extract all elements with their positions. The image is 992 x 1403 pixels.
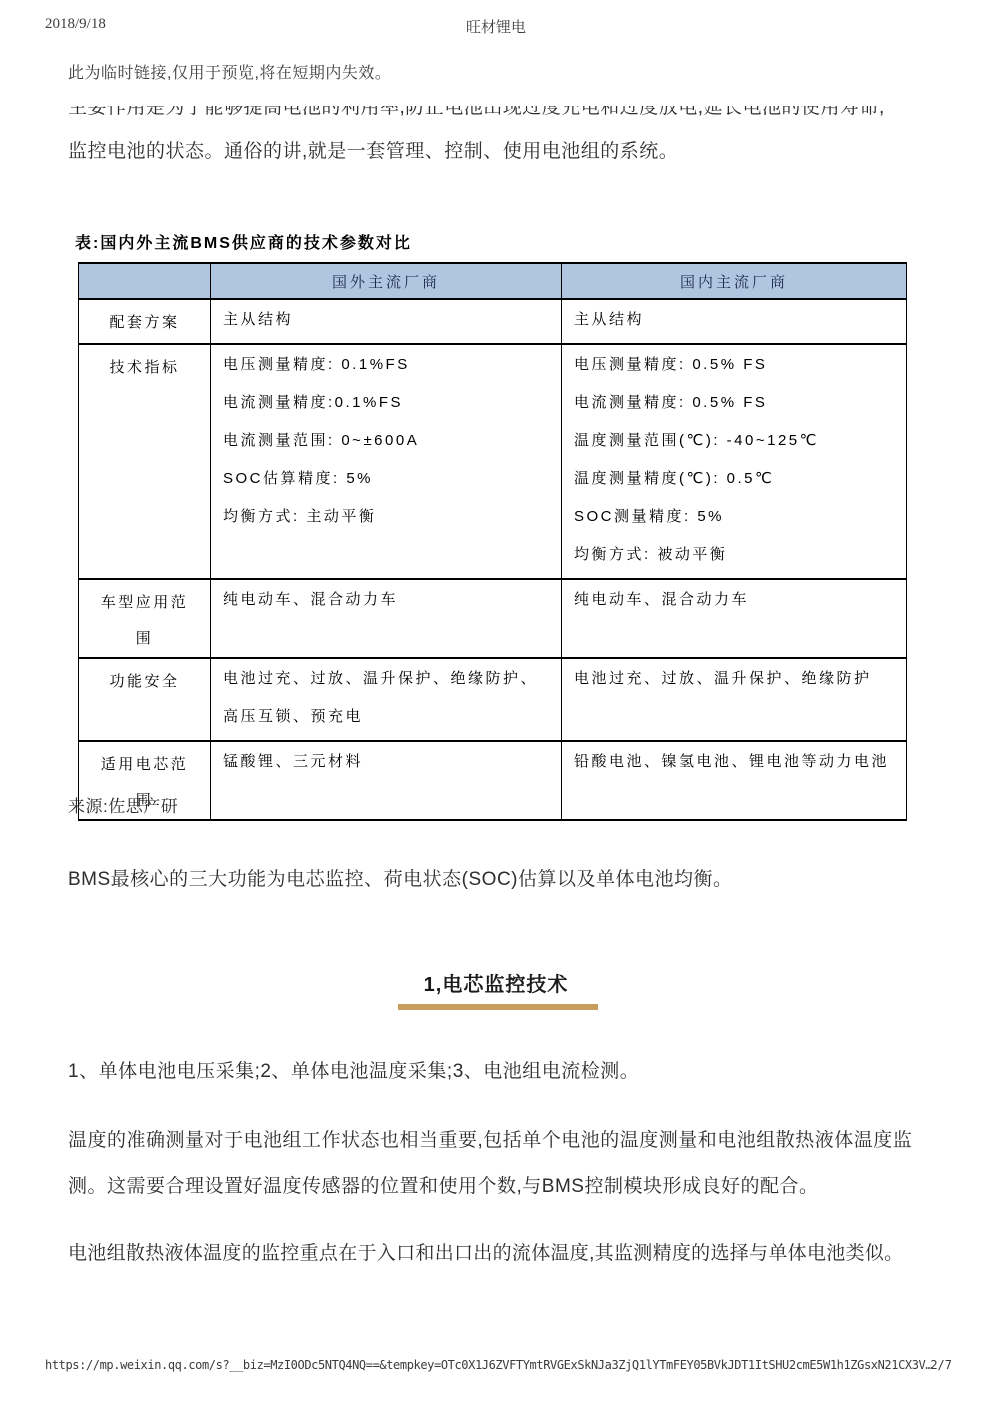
cell-text: 主从结构 — [223, 301, 549, 339]
row-label: 功能安全 — [79, 658, 211, 741]
table-row: 车型应用范围 纯电动车、混合动力车 纯电动车、混合动力车 — [79, 579, 907, 658]
table-row: 功能安全 电池过充、过放、温升保护、绝缘防护、高压互锁、预充电 电池过充、过放、… — [79, 658, 907, 741]
cell-text: 锰酸锂、三元材料 — [223, 743, 549, 781]
row-label: 车型应用范围 — [79, 579, 211, 658]
footer-url: https://mp.weixin.qq.com/s?__biz=MzI0ODc… — [45, 1358, 932, 1372]
cell-text: 均衡方式: 被动平衡 — [574, 536, 894, 574]
row-label: 技术指标 — [79, 344, 211, 579]
header-cell-foreign: 国外主流厂商 — [211, 263, 562, 299]
source-attribution: 来源:佐思产研 — [68, 792, 178, 817]
bms-comparison-table: 国外主流厂商 国内主流厂商 配套方案 主从结构 主从结构 技术指标 电压测量精度… — [78, 262, 907, 821]
heading-accent-bar — [398, 1004, 598, 1010]
monitor-items-paragraph: 1、单体电池电压采集;2、单体电池温度采集;3、电池组电流检测。 — [68, 1056, 639, 1083]
cell-text: 铅酸电池、镍氢电池、锂电池等动力电池 — [574, 743, 894, 781]
site-title: 旺材锂电 — [0, 16, 992, 37]
table-header-row: 国外主流厂商 国内主流厂商 — [79, 263, 907, 299]
cell-text: 电池过充、过放、温升保护、绝缘防护 — [574, 660, 894, 698]
cell-text: 电流测量精度:0.1%FS — [223, 384, 549, 422]
cell-text: SOC测量精度: 5% — [574, 498, 894, 536]
cell-text: 均衡方式: 主动平衡 — [223, 498, 549, 536]
temperature-paragraph: 温度的准确测量对于电池组工作状态也相当重要,包括单个电池的温度测量和电池组散热液… — [68, 1118, 928, 1210]
bms-core-paragraph: BMS最核心的三大功能为电芯监控、荷电状态(SOC)估算以及单体电池均衡。 — [68, 864, 733, 891]
cell-text: 主从结构 — [574, 301, 894, 339]
header-cell-domestic: 国内主流厂商 — [562, 263, 907, 299]
header-cell-blank — [79, 263, 211, 299]
intro-line-2: 监控电池的状态。通俗的讲,就是一套管理、控制、使用电池组的系统。 — [68, 130, 928, 174]
cell-text: 电池过充、过放、温升保护、绝缘防护、高压互锁、预充电 — [223, 660, 549, 736]
temporary-link-notice: 此为临时链接,仅用于预览,将在短期内失效。 — [68, 60, 391, 83]
cell-text: 电流测量范围: 0~±600A — [223, 422, 549, 460]
cell-text: 温度测量范围(℃): -40~125℃ — [574, 422, 894, 460]
cell-text: SOC估算精度: 5% — [223, 460, 549, 498]
cell-text: 纯电动车、混合动力车 — [223, 581, 549, 619]
cell-text: 温度测量精度(℃): 0.5℃ — [574, 460, 894, 498]
printed-article-page: 2018/9/18 旺材锂电 此为临时链接,仅用于预览,将在短期内失效。 主要作… — [0, 0, 992, 1403]
section-heading: 1,电芯监控技术 — [0, 968, 992, 997]
coolant-paragraph: 电池组散热液体温度的监控重点在于入口和出口出的流体温度,其监测精度的选择与单体电… — [68, 1238, 903, 1265]
table-caption: 表:国内外主流BMS供应商的技术参数对比 — [75, 230, 412, 253]
table-row: 适用电芯范围 锰酸锂、三元材料 铅酸电池、镍氢电池、锂电池等动力电池 — [79, 741, 907, 820]
cell-text: 电压测量精度: 0.5% FS — [574, 346, 894, 384]
intro-line-1: 主要作用是为了能够提高电池的利用率,防止电池出现过度充电和过度放电,延长电池的使… — [68, 86, 928, 130]
intro-paragraph: 主要作用是为了能够提高电池的利用率,防止电池出现过度充电和过度放电,延长电池的使… — [68, 86, 928, 174]
table-row: 配套方案 主从结构 主从结构 — [79, 299, 907, 344]
footer-page-indicator: 2/7 — [930, 1358, 952, 1372]
row-label: 配套方案 — [79, 299, 211, 344]
cell-text: 电压测量精度: 0.1%FS — [223, 346, 549, 384]
table-row: 技术指标 电压测量精度: 0.1%FS 电流测量精度:0.1%FS 电流测量范围… — [79, 344, 907, 579]
cell-text: 纯电动车、混合动力车 — [574, 581, 894, 619]
cell-text: 电流测量精度: 0.5% FS — [574, 384, 894, 422]
